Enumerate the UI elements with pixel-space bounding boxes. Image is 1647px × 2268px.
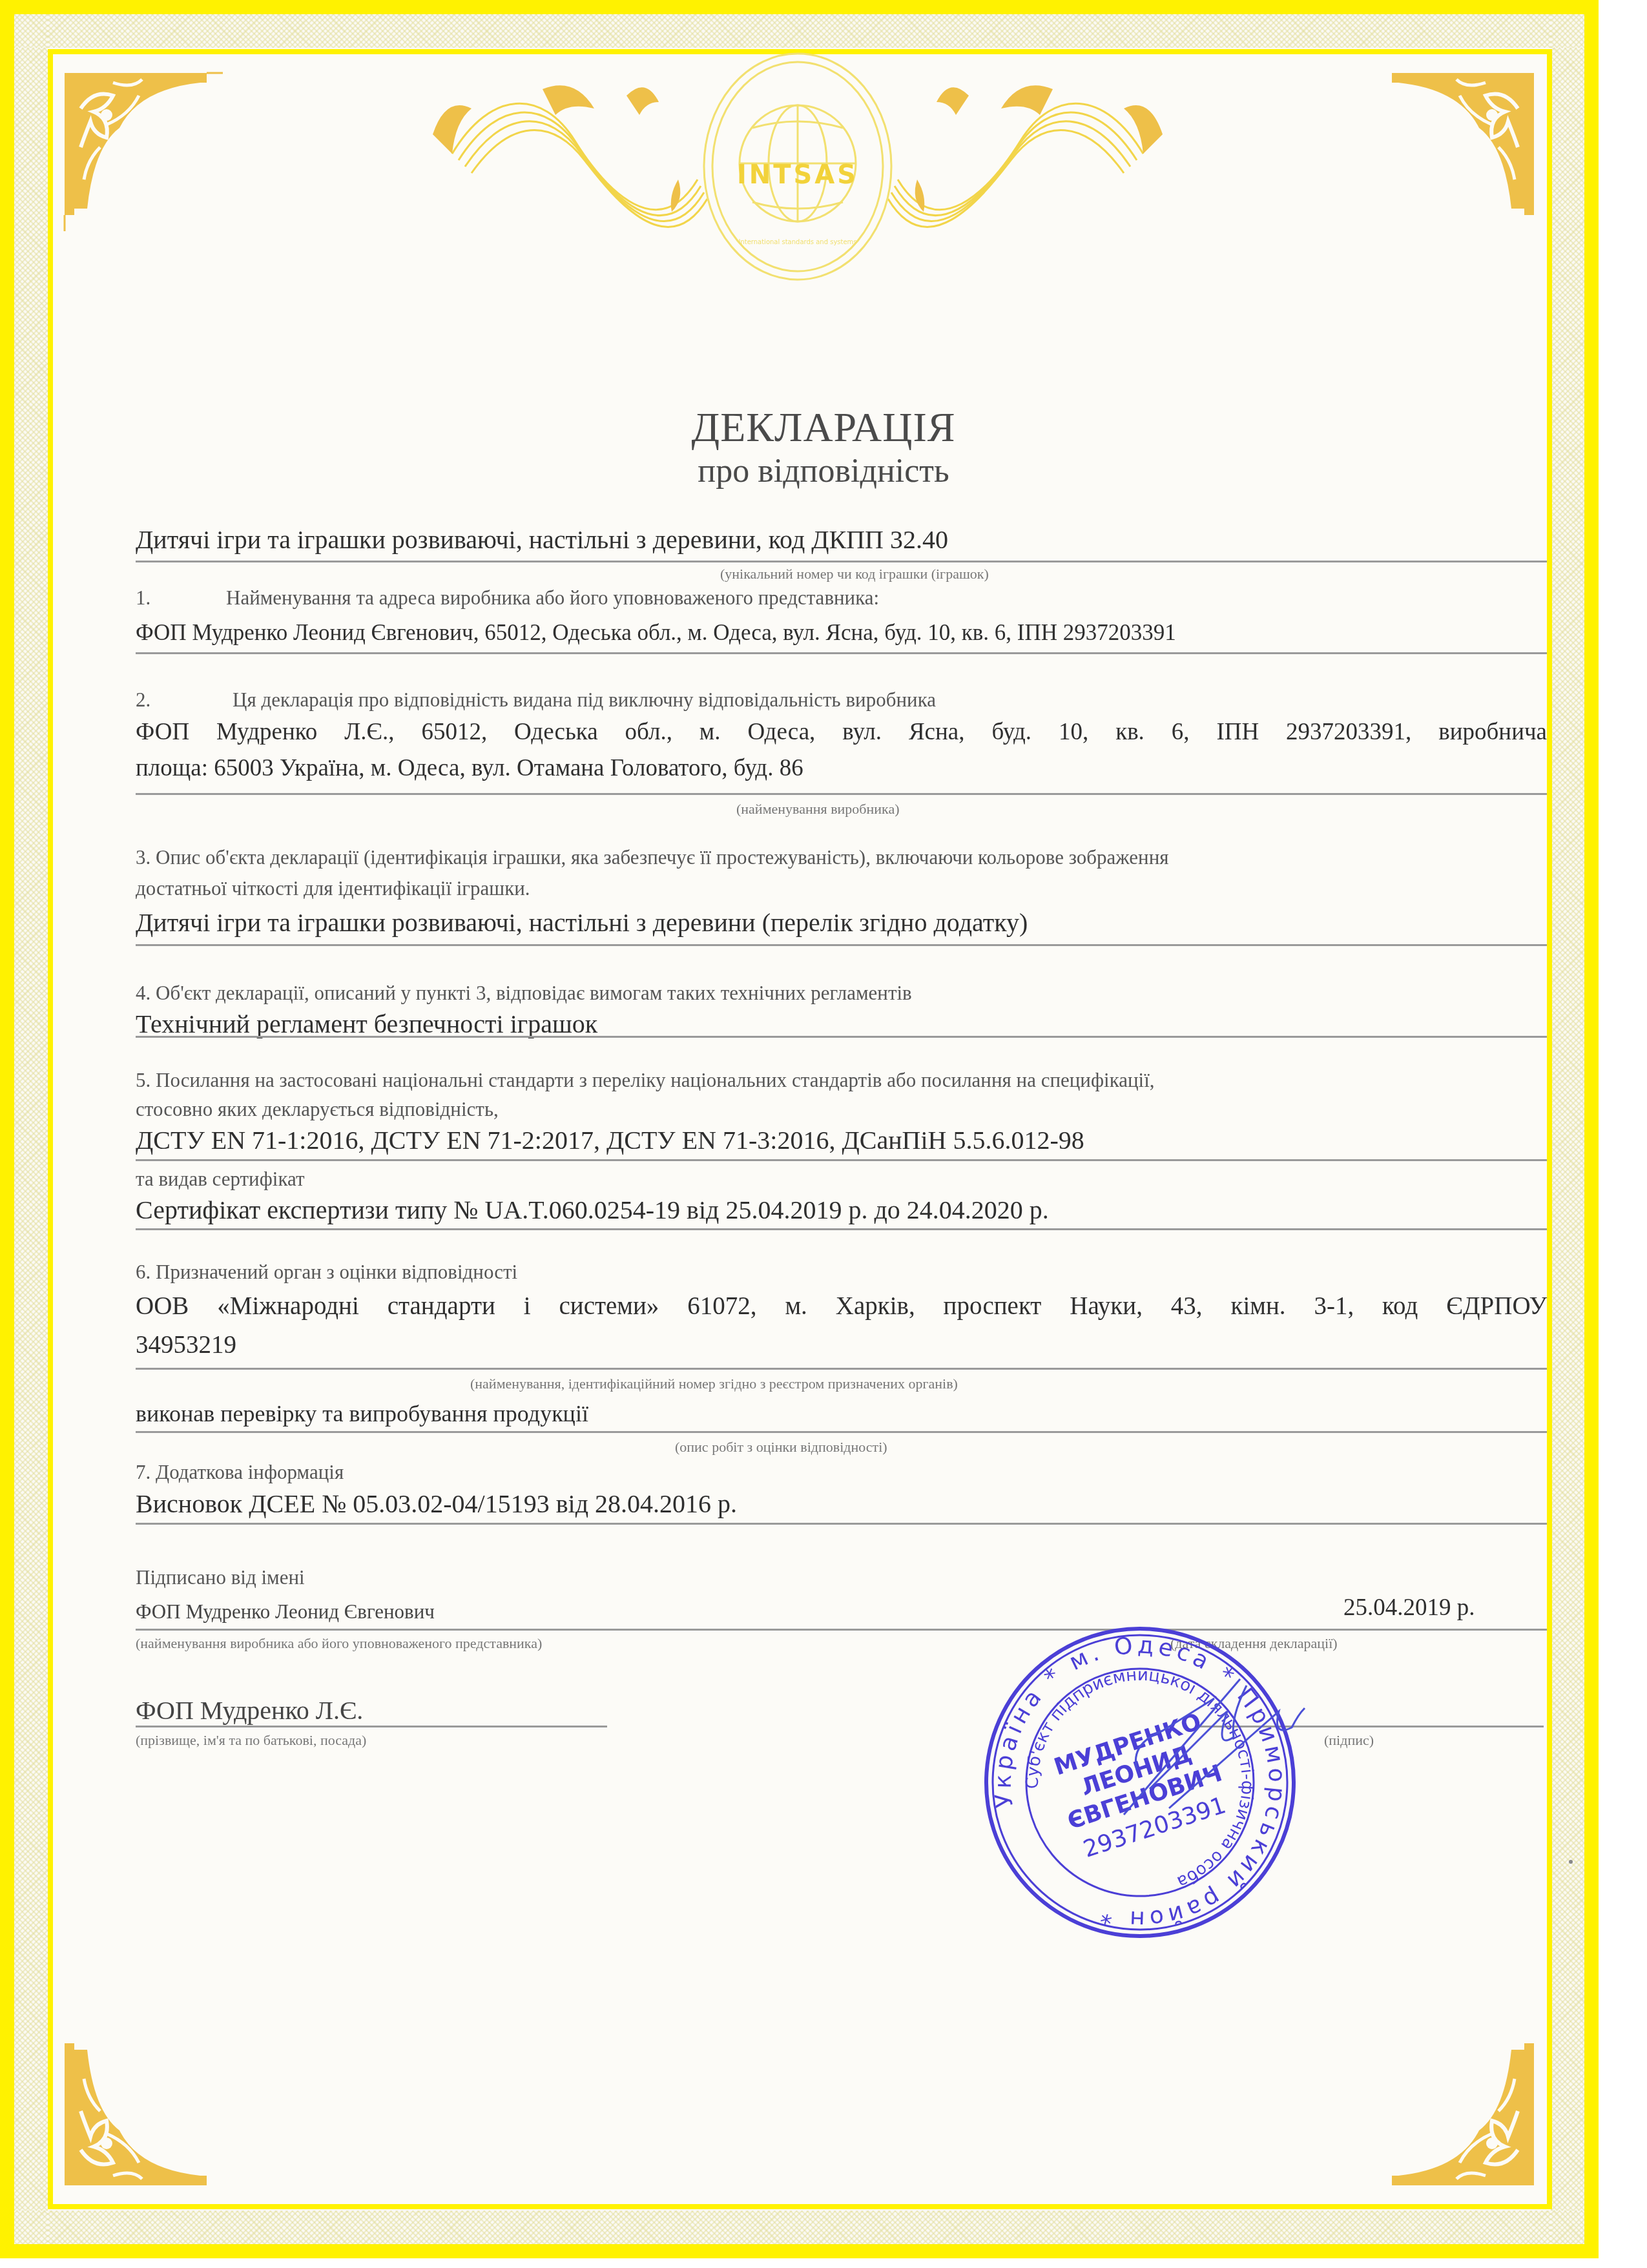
divider (136, 1431, 1547, 1433)
section2-number: 2. (136, 688, 150, 712)
divider (136, 1036, 1547, 1038)
corner-ornament-icon (1376, 2027, 1537, 2189)
divider (136, 1228, 1547, 1230)
section4-label: 4. Об'єкт декларації, описаний у пункті … (136, 982, 912, 1005)
section6-value-line2: 34953219 (136, 1330, 236, 1359)
section1-number: 1. (136, 586, 150, 610)
section2-value-line1: ФОП Мудренко Л.Є., 65012, Одеська обл., … (136, 718, 1547, 746)
corner-ornament-icon (1376, 70, 1537, 231)
section2-caption: (найменування виробника) (736, 801, 899, 818)
scan-speck (1569, 1860, 1573, 1864)
handwritten-signature (1111, 1640, 1369, 1834)
section3-value: Дитячі ігри та іграшки розвиваючі, насті… (136, 907, 1028, 938)
divider (136, 944, 1547, 946)
section6-caption2: (опис робіт з оцінки відповідності) (675, 1439, 887, 1456)
section6-work: виконав перевірку та випробування продук… (136, 1400, 588, 1427)
section3-label-line2: достатньої чіткості для ідентифікації іг… (136, 877, 530, 900)
section4-value: Технічний регламент безпечності іграшок (136, 1009, 597, 1039)
divider (136, 1629, 1547, 1631)
divider (136, 652, 1547, 654)
section5-label-line1: 5. Посилання на застосовані національні … (136, 1069, 1155, 1092)
document-title: ДЕКЛАРАЦІЯ (0, 404, 1647, 451)
section5-standards: ДСТУ EN 71-1:2016, ДСТУ EN 71-2:2017, ДС… (136, 1125, 1084, 1155)
section6-caption1: (найменування, ідентифікаційний номер зг… (470, 1376, 958, 1392)
section1-label: Найменування та адреса виробника або йог… (226, 586, 879, 610)
section1-value: ФОП Мудренко Леонид Євгенович, 65012, Од… (136, 620, 1176, 646)
signed-for-label: Підписано від імені (136, 1566, 305, 1589)
section6-value-line1: ООВ «Міжнародні стандарти і системи» 610… (136, 1292, 1547, 1321)
section7-value: Висновок ДСЕЕ № 05.03.02-04/15193 від 28… (136, 1489, 737, 1519)
signer-name: ФОП Мудренко Л.Є. (136, 1695, 363, 1726)
divider (136, 793, 1547, 795)
manufacturer-caption: (найменування виробника або його уповнов… (136, 1635, 542, 1652)
logo-wordmark: INTSAS (413, 160, 1182, 190)
intsas-logo: INTSAS International standards and syste… (413, 50, 1182, 283)
manufacturer-name: ФОП Мудренко Леонид Євгенович (136, 1600, 435, 1624)
section5-cert-label: та видав сертифікат (136, 1168, 305, 1191)
divider (136, 1159, 1547, 1161)
signer-caption: (прізвище, ім'я та по батькові, посада) (136, 1732, 366, 1749)
divider (136, 561, 1547, 562)
corner-ornament-icon (61, 70, 223, 231)
product-caption: (унікальний номер чи код іграшки (іграшо… (720, 566, 989, 582)
divider (136, 1726, 607, 1727)
section6-label: 6. Призначений орган з оцінки відповідно… (136, 1261, 517, 1284)
declaration-date: 25.04.2019 р. (1343, 1594, 1475, 1622)
section2-value-line2: площа: 65003 Україна, м. Одеса, вул. Ота… (136, 754, 803, 782)
section3-label-line1: 3. Опис об'єкта декларації (ідентифікаці… (136, 846, 1169, 869)
certificate-page: INTSAS International standards and syste… (0, 0, 1599, 2258)
section7-label: 7. Додаткова інформація (136, 1461, 344, 1484)
document-subtitle: про відповідність (0, 452, 1647, 490)
logo-tagline: International standards and systems (413, 239, 1182, 246)
section2-label: Ця декларація про відповідність видана п… (233, 688, 936, 712)
section5-label-line2: стосовно яких декларується відповідність… (136, 1098, 499, 1121)
divider (136, 1368, 1547, 1370)
divider (136, 1523, 1547, 1525)
corner-ornament-icon (61, 2027, 223, 2189)
section5-certificate: Сертифікат експертизи типу № UA.T.060.02… (136, 1195, 1049, 1225)
product-name: Дитячі ігри та іграшки розвиваючі, насті… (136, 524, 948, 555)
